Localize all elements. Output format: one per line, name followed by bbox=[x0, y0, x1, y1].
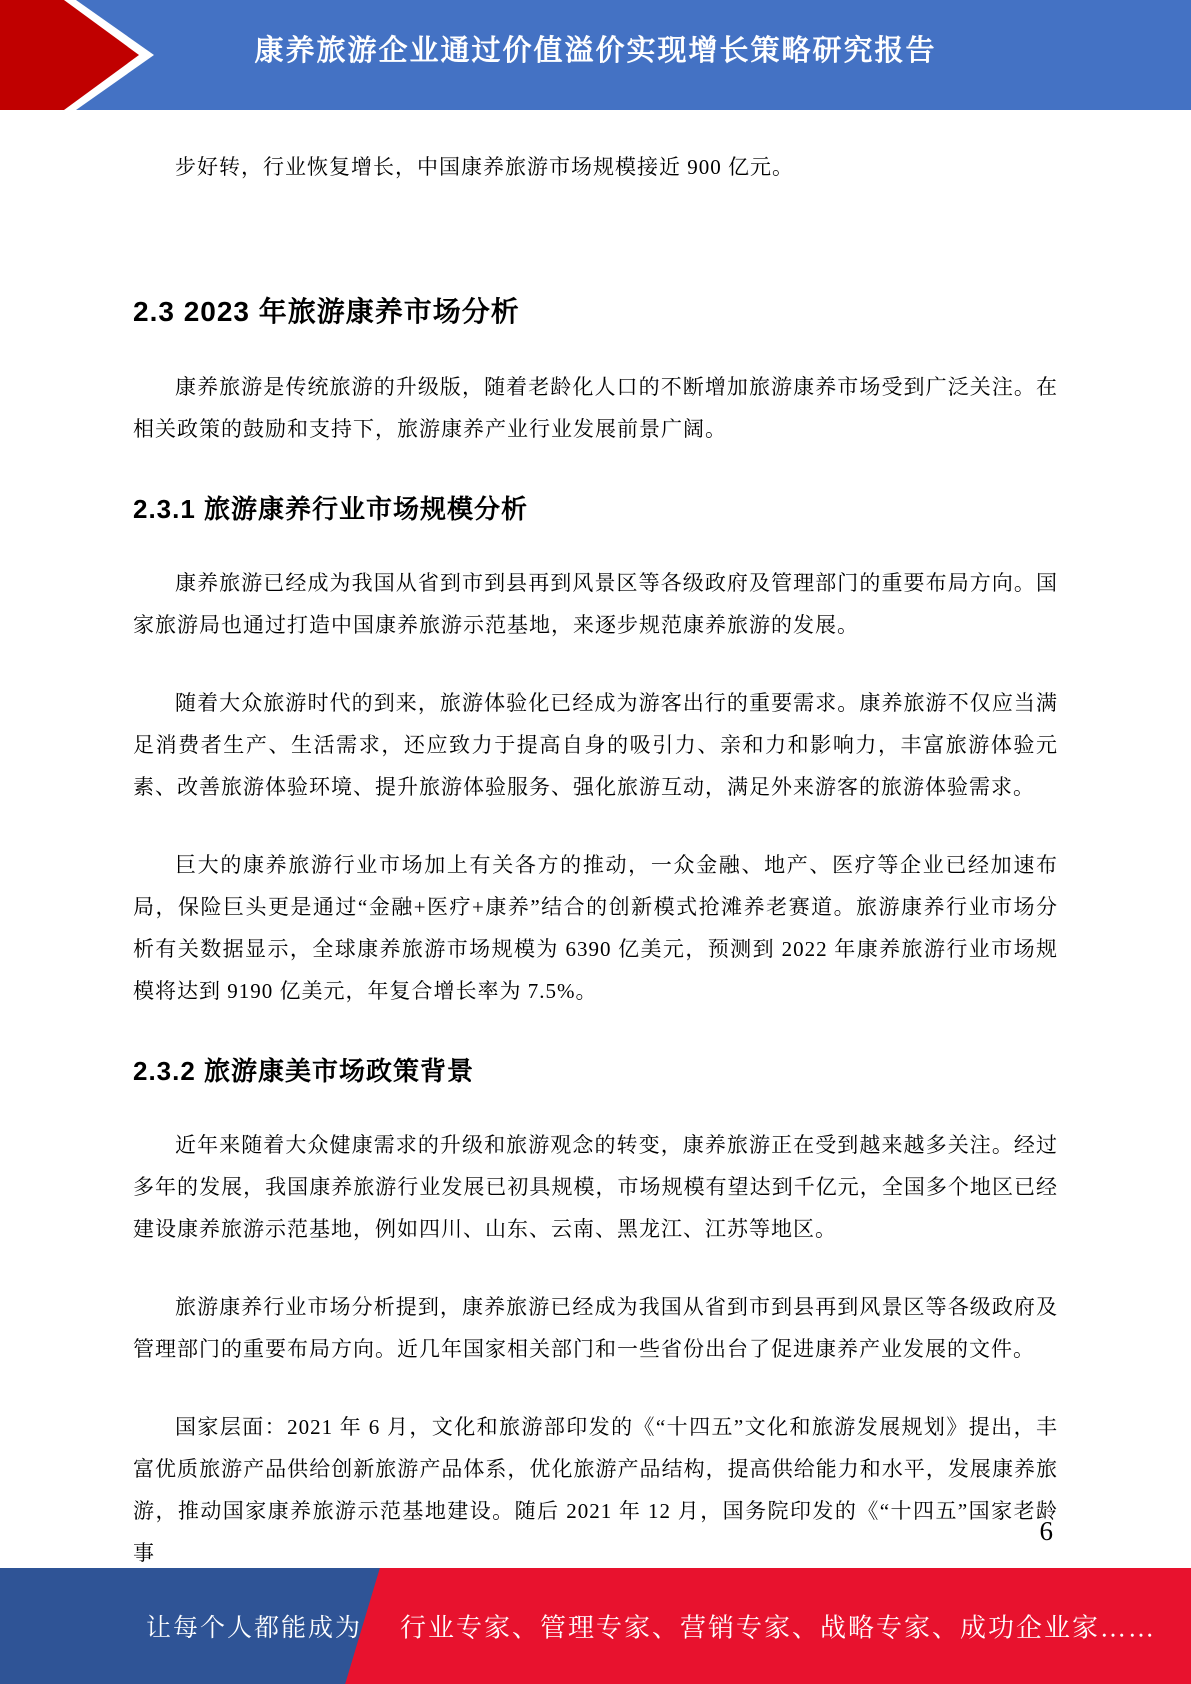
report-header-banner: 康养旅游企业通过价值溢价实现增长策略研究报告 bbox=[0, 0, 1191, 110]
footer-slogan-left: 让每个人都能成为 bbox=[146, 1608, 362, 1644]
section-2-3-1-paragraph-3: 巨大的康养旅游行业市场加上有关各方的推动，一众金融、地产、医疗等企业已经加速布局… bbox=[133, 844, 1058, 1012]
footer-slogan-right: 行业专家、管理专家、营销专家、战略专家、成功企业家…… bbox=[400, 1608, 1156, 1645]
section-heading-2-3-1: 2.3.1 旅游康养行业市场规模分析 bbox=[133, 492, 1058, 526]
report-page: { "header": { "title": "康养旅游企业通过价值溢价实现增长… bbox=[0, 0, 1191, 1684]
section-2-3-2-paragraph-3: 国家层面：2021 年 6 月，文化和旅游部印发的《“十四五”文化和旅游发展规划… bbox=[133, 1406, 1058, 1574]
section-2-3-1-paragraph-1: 康养旅游已经成为我国从省到市到县再到风景区等各级政府及管理部门的重要布局方向。国… bbox=[133, 562, 1058, 646]
section-2-3-2-paragraph-1: 近年来随着大众健康需求的升级和旅游观念的转变，康养旅游正在受到越来越多关注。经过… bbox=[133, 1124, 1058, 1250]
document-body: 步好转，行业恢复增长，中国康养旅游市场规模接近 900 亿元。 2.3 2023… bbox=[133, 110, 1058, 1574]
report-title: 康养旅游企业通过价值溢价实现增长策略研究报告 bbox=[0, 28, 1191, 69]
section-2-3-2-paragraph-2: 旅游康养行业市场分析提到，康养旅游已经成为我国从省到市到县再到风景区等各级政府及… bbox=[133, 1286, 1058, 1370]
page-footer: 让每个人都能成为 行业专家、管理专家、营销专家、战略专家、成功企业家…… bbox=[0, 1568, 1191, 1684]
section-heading-2-3: 2.3 2023 年旅游康养市场分析 bbox=[133, 294, 1058, 330]
section-heading-2-3-2: 2.3.2 旅游康美市场政策背景 bbox=[133, 1054, 1058, 1088]
carryover-paragraph: 步好转，行业恢复增长，中国康养旅游市场规模接近 900 亿元。 bbox=[133, 146, 1058, 188]
section-2-3-paragraph-1: 康养旅游是传统旅游的升级版，随着老龄化人口的不断增加旅游康养市场受到广泛关注。在… bbox=[133, 366, 1058, 450]
section-2-3-1-paragraph-2: 随着大众旅游时代的到来，旅游体验化已经成为游客出行的重要需求。康养旅游不仅应当满… bbox=[133, 682, 1058, 808]
page-number: 6 bbox=[1040, 1516, 1054, 1547]
